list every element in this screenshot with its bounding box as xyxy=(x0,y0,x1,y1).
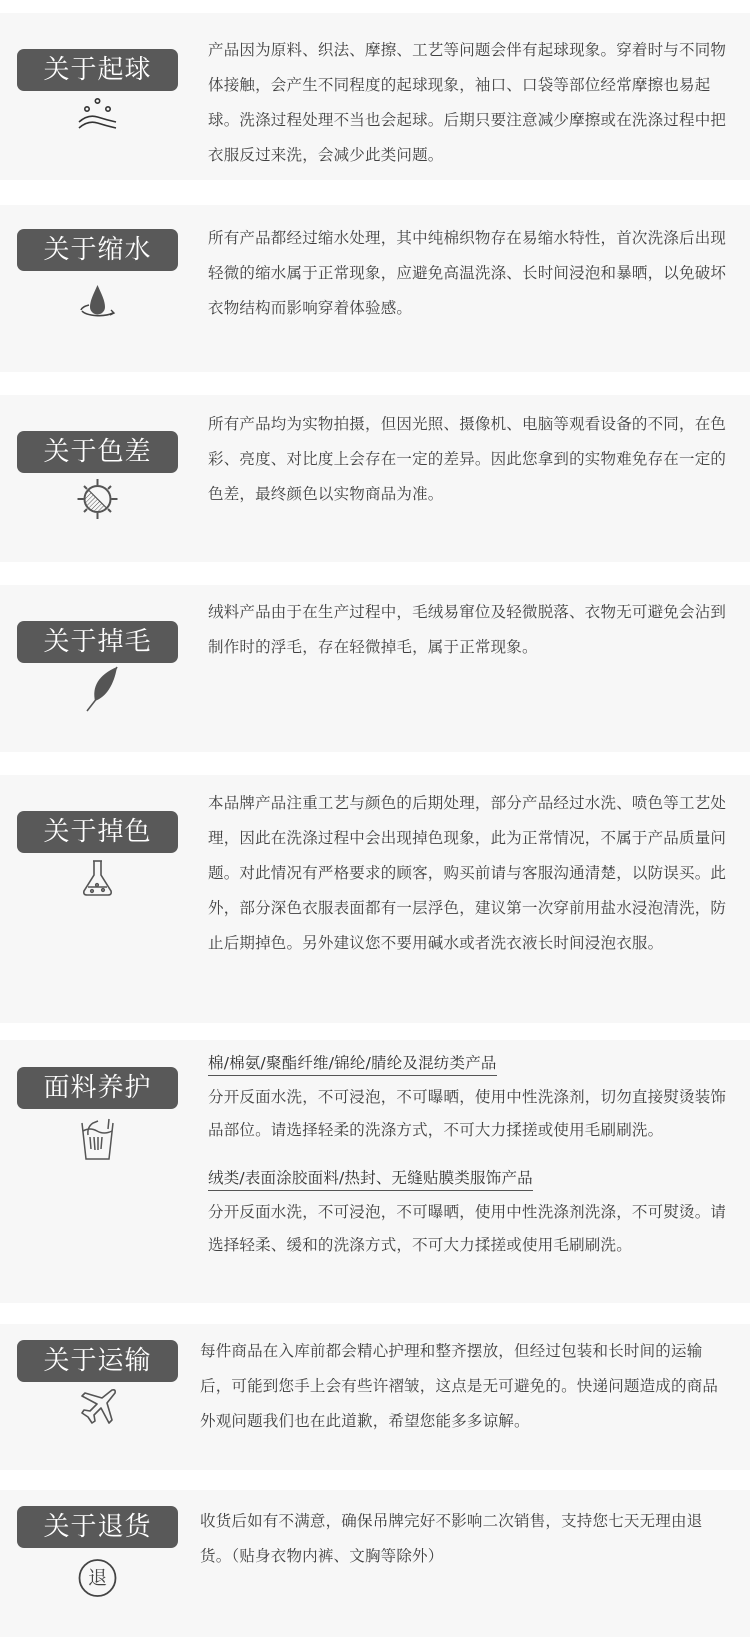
section-pilling: 关于起球 产品因为原料、织法、摩擦、工艺等问题会伴有起球现象。穿着时与不同物体接… xyxy=(0,13,750,180)
pilling-icon xyxy=(60,95,135,145)
section-body: 棉/棉氨/聚酯纤维/锦纶/腈纶及混纺类产品 分开反面水洗，不可浸泡，不可曝晒，使… xyxy=(208,1046,728,1262)
return-icon-glyph: 退 xyxy=(60,1554,135,1602)
water-drop-icon xyxy=(60,279,135,329)
feather-icon xyxy=(60,665,135,715)
section-title: 关于缩水 xyxy=(17,229,178,271)
section-body: 所有产品均为实物拍摄，但因光照、摄像机、电脑等观看设备的不同，在色彩、亮度、对比… xyxy=(208,407,728,512)
section-body: 所有产品都经过缩水处理，其中纯棉织物存在易缩水特性，首次洗涤后出现轻微的缩水属于… xyxy=(208,221,728,326)
section-body: 绒料产品由于在生产过程中，毛绒易窜位及轻微脱落、衣物无可避免会沾到制作时的浮毛，… xyxy=(208,595,728,665)
section-color-fading: 关于掉色 本品牌产品注重工艺与颜色的后期处理，部分产品经过水洗、喷色等工艺处理，… xyxy=(0,775,750,1023)
section-fabric-care: 面料养护 棉/棉氨/聚酯纤维/锦纶/腈纶及混纺类产品 分开反面水洗，不可浸泡，不… xyxy=(0,1040,750,1303)
section-title: 关于掉色 xyxy=(17,811,178,853)
hand-wash-icon xyxy=(60,1115,135,1165)
section-body: 每件商品在入库前都会精心护理和整齐摆放，但经过包装和长时间的运输后，可能到您手上… xyxy=(200,1334,730,1439)
flask-icon xyxy=(60,857,135,907)
section-title: 关于退货 xyxy=(17,1506,178,1548)
airplane-icon xyxy=(60,1386,135,1436)
section-title: 关于运输 xyxy=(17,1340,178,1382)
care-group-fleece: 绒类/表面涂胶面料/热封、无缝贴膜类服饰产品 分开反面水洗，不可浸泡，不可曝晒，… xyxy=(208,1161,728,1262)
care-group-subtitle: 绒类/表面涂胶面料/热封、无缝贴膜类服饰产品 xyxy=(208,1166,533,1191)
section-shipping: 关于运输 每件商品在入库前都会精心护理和整齐摆放，但经过包装和长时间的运输后，可… xyxy=(0,1324,750,1470)
section-body: 本品牌产品注重工艺与颜色的后期处理，部分产品经过水洗、喷色等工艺处理，因此在洗涤… xyxy=(208,786,728,961)
section-title: 面料养护 xyxy=(17,1067,178,1109)
section-title: 关于起球 xyxy=(17,49,178,91)
section-color-difference: 关于色差 所有产品均为实物拍摄，但因光照、摄像机、电脑等观看设备的不同，在色彩、… xyxy=(0,395,750,562)
care-group-text: 分开反面水洗，不可浸泡，不可曝晒，使用中性洗涤剂，切勿直接熨烫装饰品部位。请选择… xyxy=(208,1081,728,1147)
section-title: 关于掉毛 xyxy=(17,621,178,663)
care-group-cotton: 棉/棉氨/聚酯纤维/锦纶/腈纶及混纺类产品 分开反面水洗，不可浸泡，不可曝晒，使… xyxy=(208,1046,728,1147)
section-body: 产品因为原料、织法、摩擦、工艺等问题会伴有起球现象。穿着时与不同物体接触，会产生… xyxy=(208,33,728,173)
section-shrinkage: 关于缩水 所有产品都经过缩水处理，其中纯棉织物存在易缩水特性，首次洗涤后出现轻微… xyxy=(0,205,750,372)
section-returns: 关于退货 退 收货后如有不满意，确保吊牌完好不影响二次销售，支持您七天无理由退货… xyxy=(0,1490,750,1637)
care-group-subtitle: 棉/棉氨/聚酯纤维/锦纶/腈纶及混纺类产品 xyxy=(208,1051,497,1076)
section-body: 收货后如有不满意，确保吊牌完好不影响二次销售，支持您七天无理由退货。（贴身衣物内… xyxy=(200,1504,730,1574)
section-title: 关于色差 xyxy=(17,431,178,473)
return-icon: 退 xyxy=(60,1554,135,1604)
care-group-text: 分开反面水洗，不可浸泡，不可曝晒，使用中性洗涤剂洗涤，不可熨烫。请选择轻柔、缓和… xyxy=(208,1196,728,1262)
sun-contrast-icon xyxy=(60,477,135,527)
section-shedding: 关于掉毛 绒料产品由于在生产过程中，毛绒易窜位及轻微脱落、衣物无可避免会沾到制作… xyxy=(0,585,750,752)
